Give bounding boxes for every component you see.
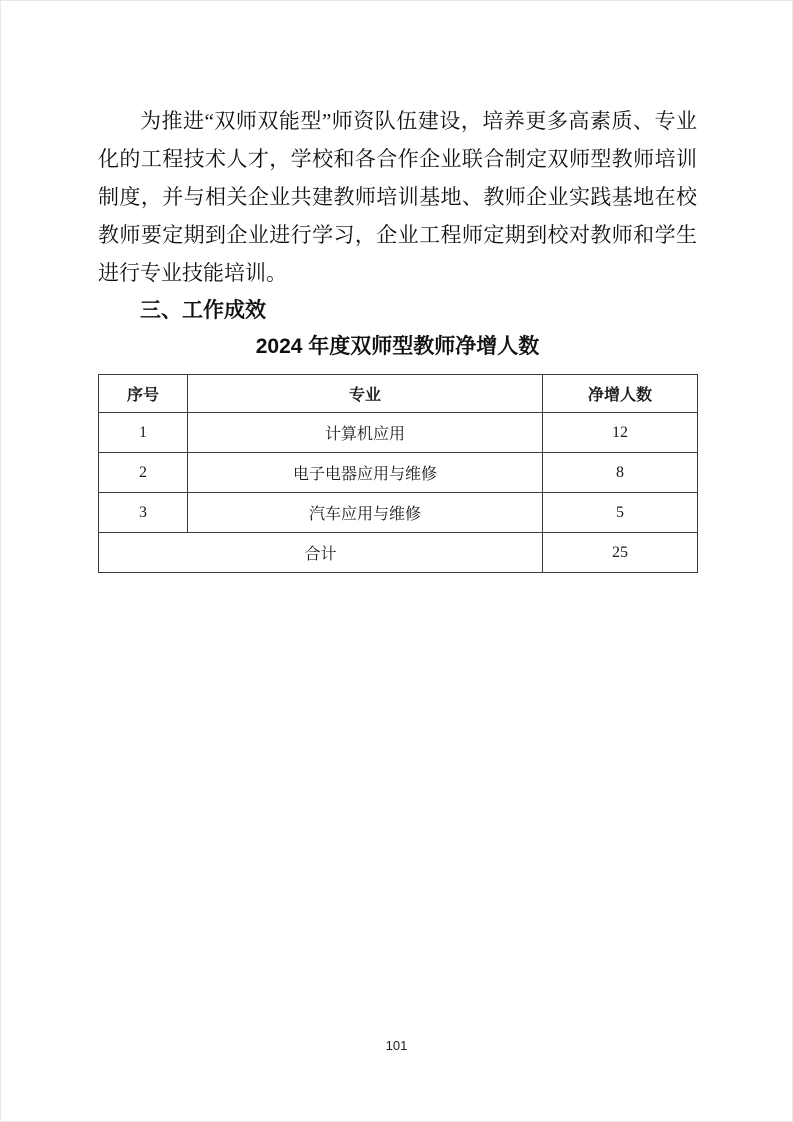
table-row: 2 电子电器应用与维修 8 xyxy=(99,453,698,493)
table-header-row: 序号 专业 净增人数 xyxy=(99,375,698,413)
cell-count: 5 xyxy=(543,493,698,533)
cell-major: 电子电器应用与维修 xyxy=(188,453,543,493)
document-content: 为推进“双师双能型”师资队伍建设，培养更多高素质、专业化的工程技术人才，学校和各… xyxy=(98,102,697,573)
cell-count: 8 xyxy=(543,453,698,493)
total-value-cell: 25 xyxy=(543,533,698,573)
cell-no: 1 xyxy=(99,413,188,453)
page-number: 101 xyxy=(0,1038,793,1053)
table-title: 2024 年度双师型教师净增人数 xyxy=(98,330,697,364)
table-row: 3 汽车应用与维修 5 xyxy=(99,493,698,533)
cell-major: 汽车应用与维修 xyxy=(188,493,543,533)
header-cell-no: 序号 xyxy=(99,375,188,413)
header-cell-major: 专业 xyxy=(188,375,543,413)
table-row: 1 计算机应用 12 xyxy=(99,413,698,453)
table-total-row: 合计 25 xyxy=(99,533,698,573)
body-paragraph: 为推进“双师双能型”师资队伍建设，培养更多高素质、专业化的工程技术人才，学校和各… xyxy=(98,102,697,292)
cell-no: 2 xyxy=(99,453,188,493)
data-table: 序号 专业 净增人数 1 计算机应用 12 2 电子电器应用与维修 8 3 汽车… xyxy=(98,374,698,573)
total-label-cell: 合计 xyxy=(99,533,543,573)
cell-no: 3 xyxy=(99,493,188,533)
header-cell-count: 净增人数 xyxy=(543,375,698,413)
cell-count: 12 xyxy=(543,413,698,453)
section-heading: 三、工作成效 xyxy=(98,292,697,330)
document-page: 为推进“双师双能型”师资队伍建设，培养更多高素质、专业化的工程技术人才，学校和各… xyxy=(0,0,793,1122)
cell-major: 计算机应用 xyxy=(188,413,543,453)
